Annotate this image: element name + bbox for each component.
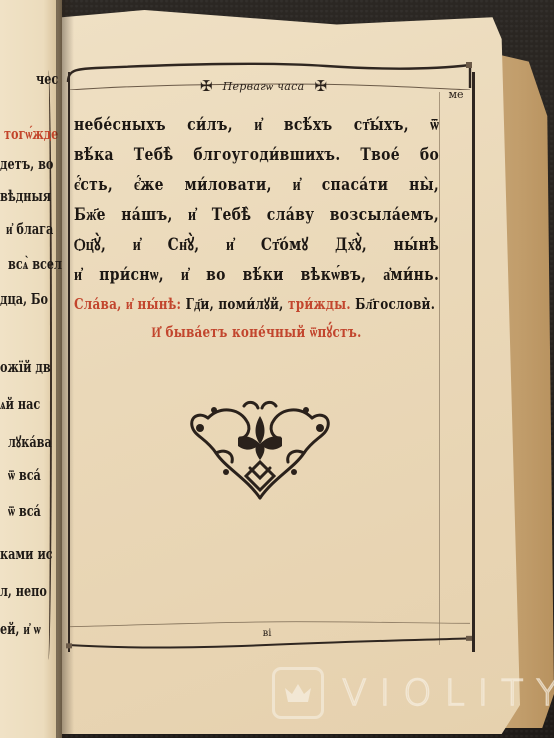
left-page-text-fragment: тогѡ́жде: [4, 125, 58, 144]
word: и҆: [254, 110, 262, 140]
word: Ѻц҃ꙋ̀,: [74, 230, 106, 260]
text-line: Ѻц҃ꙋ̀,и҆Сн҃ꙋ̀,и҆Ст҃о́мꙋДх҃ꙋ̀,ны́нѣ: [74, 230, 439, 260]
left-page-text-fragment: л, непо: [0, 582, 47, 600]
left-page-text-fragment: дца, Бо: [0, 290, 48, 308]
word: ны̀,: [409, 170, 439, 200]
word: си́лъ,: [187, 110, 233, 140]
word: и҆: [188, 200, 196, 230]
word: ст҃ы́хъ,: [354, 110, 409, 140]
word: вѣкѡ́въ,: [301, 260, 367, 290]
word: и҆: [226, 230, 234, 260]
body-lines: небе́сныхъси́лъ,и҆всѣ́хъст҃ы́хъ,ѿвѣ́каТе…: [74, 110, 439, 290]
left-facing-page: честогѡ́ждедетъ, вовѣдныяи҆ благавсѧ̀ вс…: [0, 0, 62, 738]
word: Тебѣ̀: [212, 200, 252, 230]
word: всѣ́хъ: [284, 110, 333, 140]
liturgical-text: небе́сныхъси́лъ,и҆всѣ́хъст҃ы́хъ,ѿвѣ́каТе…: [74, 110, 439, 346]
word: Тебѣ̀: [134, 140, 174, 170]
running-title: Первагѡ часа: [223, 80, 305, 93]
word: ны́нѣ: [394, 230, 439, 260]
word: Сн҃ꙋ̀,: [168, 230, 200, 260]
word: спаса́ти: [322, 170, 389, 200]
rubric-segment: три́жды.: [284, 295, 351, 313]
word: Твое́: [360, 140, 400, 170]
word: є҆́сть,: [74, 170, 113, 200]
rubric-segment: Бл҃гослови̇̀.: [351, 295, 435, 313]
cross-ornament-icon: ✠: [314, 79, 327, 94]
left-page-text-fragment: ей, и҆ ѡ: [0, 620, 41, 639]
left-page-text-fragment: детъ, во: [0, 155, 53, 173]
word: блгоугоди́вшихъ.: [193, 140, 340, 170]
word: и҆: [133, 230, 141, 260]
running-head: ✠ Первагѡ часа ✠: [200, 77, 430, 95]
left-page-text-fragment: ѧй нас: [0, 395, 40, 414]
rubric-segment: Сла́ва, и҆ ны́нѣ:: [74, 295, 181, 313]
text-line: є҆́сть,є҆́жеми́ловати,и҆спаса́тины̀,: [74, 170, 439, 200]
word: бо: [420, 140, 439, 170]
left-page-text-fragment: ѿ вса́: [8, 466, 41, 485]
left-page-text-fragment: ками ис: [0, 545, 53, 563]
watermark-logo-box: [272, 667, 324, 719]
word: Бж҃е: [74, 200, 106, 230]
left-page-text-fragment: ожїй дв: [0, 358, 51, 376]
folio-number-top: ме: [443, 88, 469, 101]
rubric-segment: Гд҃и, поми́лꙋй,: [181, 295, 283, 313]
word: и҆: [74, 260, 82, 290]
watermark-brand: VIOLITY: [342, 673, 554, 714]
word: небе́сныхъ: [74, 110, 166, 140]
rubric-line-2: И҆ быва́етъ коне́чный ѿпꙋ́стъ.: [74, 318, 439, 346]
left-page-text-fragment: ѿ вса́: [8, 502, 41, 521]
left-page-text-fragment: и҆ блага: [6, 220, 53, 239]
word: Дх҃ꙋ̀,: [335, 230, 367, 260]
ornamental-vignette-icon: [186, 398, 334, 502]
text-line: небе́сныхъси́лъ,и҆всѣ́хъст҃ы́хъ,ѿ: [74, 110, 439, 140]
word: во: [206, 260, 226, 290]
cross-ornament-icon: ✠: [200, 79, 213, 94]
crown-icon: [283, 682, 313, 704]
word: вѣ́ки: [243, 260, 284, 290]
word: ми́ловати,: [185, 170, 272, 200]
word: сла́ву: [267, 200, 315, 230]
left-page-text-fragment: вѣдныя: [0, 187, 51, 205]
word: Ст҃о́мꙋ: [261, 230, 309, 260]
word: ѿ: [430, 110, 439, 140]
word: на́шъ,: [121, 200, 172, 230]
word: є҆́же: [134, 170, 164, 200]
folio-number-bottom: ві: [252, 628, 282, 639]
word: а҆ми́нь.: [383, 260, 439, 290]
text-line: Бж҃ена́шъ,и҆Тебѣ̀сла́вувозсыла́емъ,: [74, 200, 439, 230]
word: возсыла́емъ,: [330, 200, 439, 230]
left-page-text-fragment: чес: [36, 70, 58, 88]
word: и҆: [293, 170, 301, 200]
left-page-text-fragment: лꙋка́ва: [8, 432, 52, 452]
left-page-text-fragment: всѧ̀ всел: [8, 255, 62, 274]
word: и҆: [181, 260, 189, 290]
text-line: и҆при́снѡ,и҆вовѣ́кивѣкѡ́въ,а҆ми́нь.: [74, 260, 439, 290]
word: при́снѡ,: [99, 260, 164, 290]
word: вѣ́ка: [74, 140, 114, 170]
watermark: VIOLITY: [272, 666, 554, 720]
text-line: вѣ́каТебѣ̀блгоугоди́вшихъ.Твое́бо: [74, 140, 439, 170]
rubric-line-1: Сла́ва, и҆ ны́нѣ: Гд҃и, поми́лꙋй, три́жд…: [74, 290, 366, 318]
